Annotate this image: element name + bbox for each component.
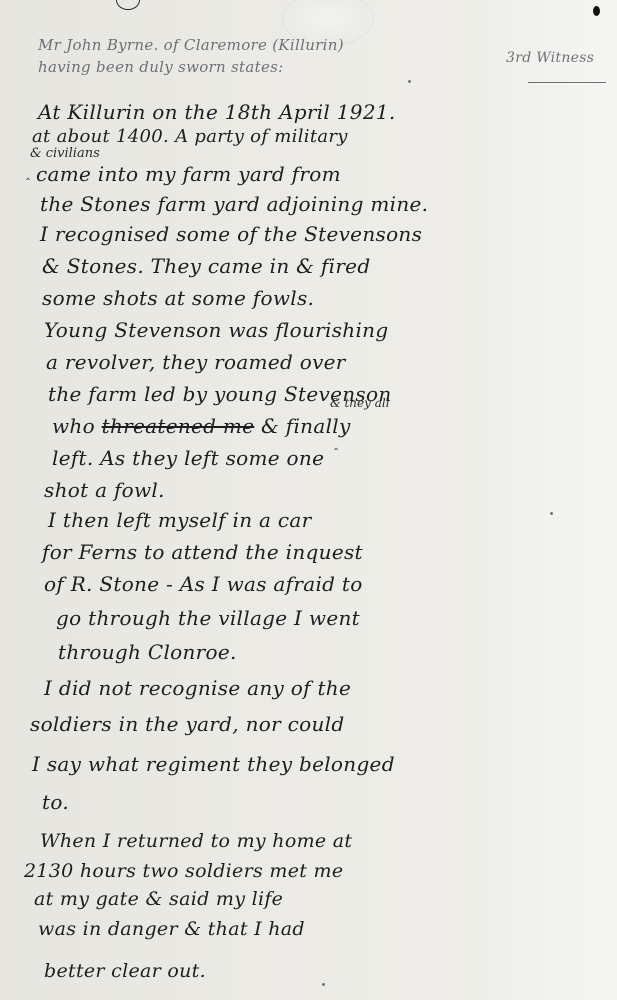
correction-kept-text: who xyxy=(52,414,95,438)
ink-speck xyxy=(408,80,411,83)
statement-line: Young Stevenson was flourishing xyxy=(44,318,388,342)
witness-number-note: 3rd Witness xyxy=(506,50,594,66)
inserted-text: & civilians xyxy=(30,146,100,161)
statement-line: go through the village I went xyxy=(56,606,360,630)
statement-line: 2130 hours two soldiers met me xyxy=(24,860,343,882)
statement-line: for Ferns to attend the inquest xyxy=(42,540,363,564)
ink-speck xyxy=(322,983,325,986)
statement-line: of R. Stone - As I was afraid to xyxy=(44,572,363,596)
statement-line: I say what regiment they belonged xyxy=(32,752,395,776)
statement-line: a revolver, they roamed over xyxy=(46,350,346,374)
statement-line: soldiers in the yard, nor could xyxy=(30,712,344,736)
statement-line: at about 1400. A party of military xyxy=(32,126,348,147)
statement-line: better clear out. xyxy=(44,960,206,982)
caret-mark: ‸ xyxy=(334,436,338,450)
statement-line: & Stones. They came in & fired xyxy=(42,254,370,278)
witness-name-line: Mr John Byrne. of Claremore (Killurin) xyxy=(38,36,344,54)
sworn-statement-line: having been duly sworn states: xyxy=(38,58,283,76)
statement-line: I recognised some of the Stevensons xyxy=(40,222,422,246)
statement-line: I then left myself in a car xyxy=(48,508,312,532)
statement-line: At Killurin on the 18th April 1921. xyxy=(38,100,396,124)
statement-line: When I returned to my home at xyxy=(40,830,352,852)
statement-line: I did not recognise any of the xyxy=(44,676,351,700)
statement-line: shot a fowl. xyxy=(44,478,165,502)
ink-speck xyxy=(550,512,553,515)
margin-note-underline xyxy=(528,82,606,83)
statement-line: some shots at some fowls. xyxy=(42,286,314,310)
corrected-statement-line: who threatened me & finally xyxy=(52,414,351,438)
statement-line: came into my farm yard from xyxy=(36,162,341,186)
caret-mark: ‸ xyxy=(26,166,30,180)
replacement-text: & finally xyxy=(261,414,351,438)
statement-line: left. As they left some one xyxy=(52,446,324,470)
statement-line: was in danger & that I had xyxy=(38,918,305,940)
inserted-text: & they all xyxy=(330,396,390,410)
punch-hole xyxy=(593,6,600,16)
statement-line: the Stones farm yard adjoining mine. xyxy=(40,192,428,216)
statement-line: through Clonroe. xyxy=(58,640,237,664)
struck-through-text: threatened me xyxy=(102,414,255,438)
statement-line: to. xyxy=(42,790,69,814)
statement-line: at my gate & said my life xyxy=(34,888,283,910)
